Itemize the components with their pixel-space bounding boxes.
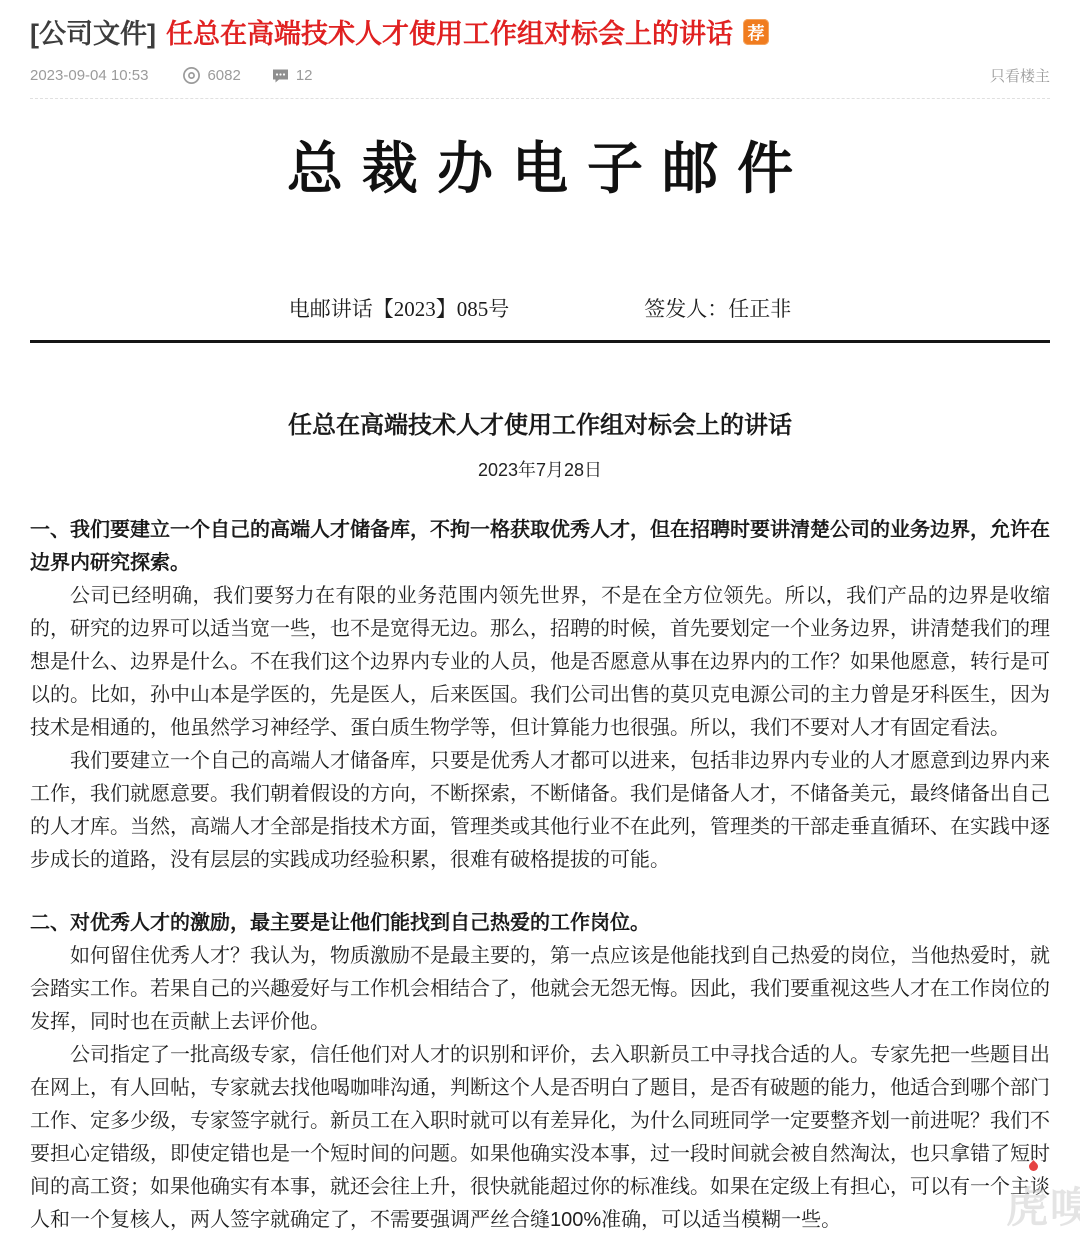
document-info-row: 电邮讲话【2023】085号 签发人：任正非 <box>30 293 1050 323</box>
eye-icon <box>182 66 201 85</box>
post-category-label: [公司文件] <box>30 12 156 51</box>
section-2-heading: 二、对优秀人才的激励，最主要是让他们能找到自己热爱的工作岗位。 <box>30 907 1050 940</box>
document-number: 电邮讲话【2023】085号 <box>289 293 510 323</box>
post-date: 2023-09-04 10:53 <box>30 67 148 84</box>
document-signer: 签发人：任正非 <box>644 293 791 323</box>
document-masthead: 总裁办电子邮件 <box>30 125 1050 205</box>
section-2-paragraph-1: 如何留住优秀人才？我认为，物质激励不是最主要的，第一点应该是他能找到自己热爱的岗… <box>30 940 1050 1039</box>
comment-bubble-icon <box>271 66 290 85</box>
recommended-badge: 荐 <box>743 19 769 45</box>
post-title-row: [公司文件] 任总在高端技术人才使用工作组对标会上的讲话 荐 <box>30 12 1050 51</box>
article-date: 2023年7月28日 <box>30 456 1050 482</box>
comments-count: 12 <box>296 67 313 84</box>
comments-counter: 12 <box>271 66 313 85</box>
section-2-paragraph-2: 公司指定了一批高级专家，信任他们对人才的识别和评价，去入职新员工中寻找合适的人。… <box>30 1039 1050 1237</box>
section-1-paragraph-2: 我们要建立一个自己的高端人才储备库，只要是优秀人才都可以进来，包括非边界内专业的… <box>30 745 1050 877</box>
article-body: 一、我们要建立一个自己的高端人才储备库，不拘一格获取优秀人才，但在招聘时要讲清楚… <box>30 514 1050 1237</box>
section-1-heading: 一、我们要建立一个自己的高端人才储备库，不拘一格获取优秀人才，但在招聘时要讲清楚… <box>30 514 1050 580</box>
views-count: 6082 <box>207 67 240 84</box>
site-watermark: 虎嗅 <box>1006 1175 1080 1235</box>
views-counter: 6082 <box>182 66 240 85</box>
document-rule <box>30 340 1050 343</box>
post-meta-row: 2023-09-04 10:53 6082 <box>30 65 1050 86</box>
header-divider <box>30 98 1050 99</box>
post-header: [公司文件] 任总在高端技术人才使用工作组对标会上的讲话 荐 2023-09-0… <box>30 0 1050 99</box>
article-title: 任总在高端技术人才使用工作组对标会上的讲话 <box>30 405 1050 440</box>
page: [公司文件] 任总在高端技术人才使用工作组对标会上的讲话 荐 2023-09-0… <box>0 0 1080 1237</box>
only-author-link[interactable]: 只看楼主 <box>990 65 1050 86</box>
post-title: 任总在高端技术人才使用工作组对标会上的讲话 <box>166 12 733 51</box>
section-1-paragraph-1: 公司已经明确，我们要努力在有限的业务范围内领先世界，不是在全方位领先。所以，我们… <box>30 580 1050 745</box>
